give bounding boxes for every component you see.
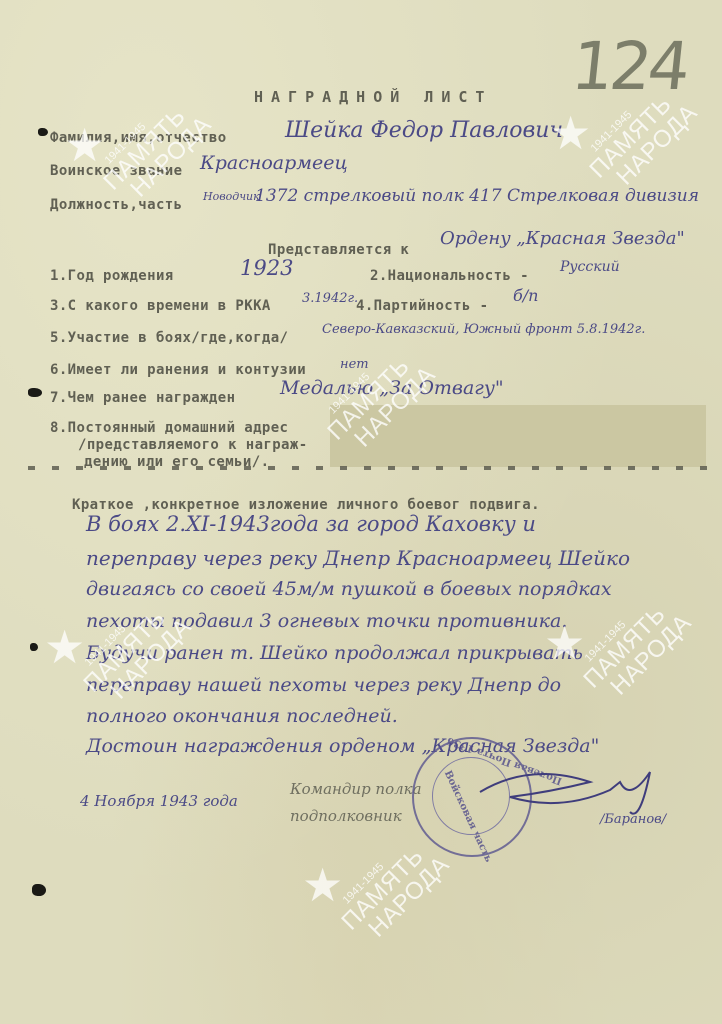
signer-role-line1: Командир полка: [290, 780, 422, 798]
prior-awards-value: Медалью „За Отвагу": [280, 377, 504, 399]
wounds-value: нет: [340, 357, 369, 372]
document-title: НАГРАДНОЙ ЛИСТ: [254, 88, 492, 106]
fio-label: Фамилия,имя,отчество: [50, 130, 227, 146]
item-4-label: 4.Партийность -: [356, 298, 488, 314]
item-8-label-line2: /представляемого к награж-: [78, 437, 308, 453]
punch-hole: [28, 388, 42, 397]
fio-value: Шейка Федор Павлович: [285, 118, 563, 143]
punch-hole: [38, 128, 48, 136]
watermark: ★ 1941-1945 ПАМЯТЬ НАРОДА: [92, 88, 216, 212]
nomination-value: Ордену „Красная Звезда": [440, 228, 685, 249]
item-5-label: 5.Участие в боях/где,когда/: [50, 330, 288, 346]
feat-line-4: пехоты подавил 3 огневых точки противник…: [86, 610, 567, 632]
army-since-value: 3.1942г.: [302, 291, 358, 306]
battles-value: Северо-Кавказский, Южный фронт 5.8.1942г…: [322, 322, 645, 337]
signer-name: /Баранов/: [600, 812, 666, 827]
star-icon: ★: [302, 862, 343, 908]
redacted-address: [330, 405, 706, 467]
position-prefix: Новодчик: [203, 190, 260, 203]
item-2-label: 2.Национальность -: [370, 268, 529, 284]
item-3-label: 3.С какого времени в РККА: [50, 298, 271, 314]
signer-role-line2: подполковник: [290, 807, 402, 825]
punch-hole: [30, 643, 38, 651]
item-6-label: 6.Имеет ли ранения и контузии: [50, 362, 306, 378]
nationality-value: Русский: [560, 259, 620, 275]
position-value: 1372 стрелковый полк 417 Стрелковая диви…: [255, 186, 699, 206]
feat-heading: Краткое ,конкретное изложение личного бо…: [72, 497, 540, 513]
feat-line-2: переправу через реку Днепр Красноармеец …: [86, 546, 630, 570]
rank-value: Красноармеец: [200, 152, 348, 174]
watermark: ★ 1941-1945 ПАМЯТЬ НАРОДА: [330, 828, 454, 952]
item-8-label: 8.Постоянный домашний адрес: [50, 420, 288, 436]
feat-line-5: Будучи ранен т. Шейко продолжал прикрыва…: [86, 642, 583, 664]
divider: [28, 466, 720, 470]
archive-number: 124: [568, 28, 690, 105]
feat-line-1: В боях 2.XI-1943года за город Каховку и: [86, 512, 536, 536]
star-icon: ★: [44, 624, 85, 670]
position-label: Должность,часть: [50, 197, 182, 213]
party-value: б/п: [513, 286, 538, 305]
feat-line-3: двигаясь со своей 45м/м пушкой в боевых …: [86, 578, 612, 600]
rank-label: Воинское звание: [50, 163, 182, 179]
watermark: ★ 1941-1945 ПАМЯТЬ НАРОДА: [572, 586, 696, 710]
item-7-label: 7.Чем ранее награжден: [50, 390, 235, 406]
signature-date: 4 Ноября 1943 года: [80, 792, 238, 810]
feat-line-6: переправу нашей пехоты через реку Днепр …: [86, 674, 561, 696]
punch-hole: [32, 884, 46, 896]
birth-year-value: 1923: [240, 256, 293, 280]
item-1-label: 1.Год рождения: [50, 268, 174, 284]
feat-line-7: полного окончания последней.: [86, 705, 398, 727]
